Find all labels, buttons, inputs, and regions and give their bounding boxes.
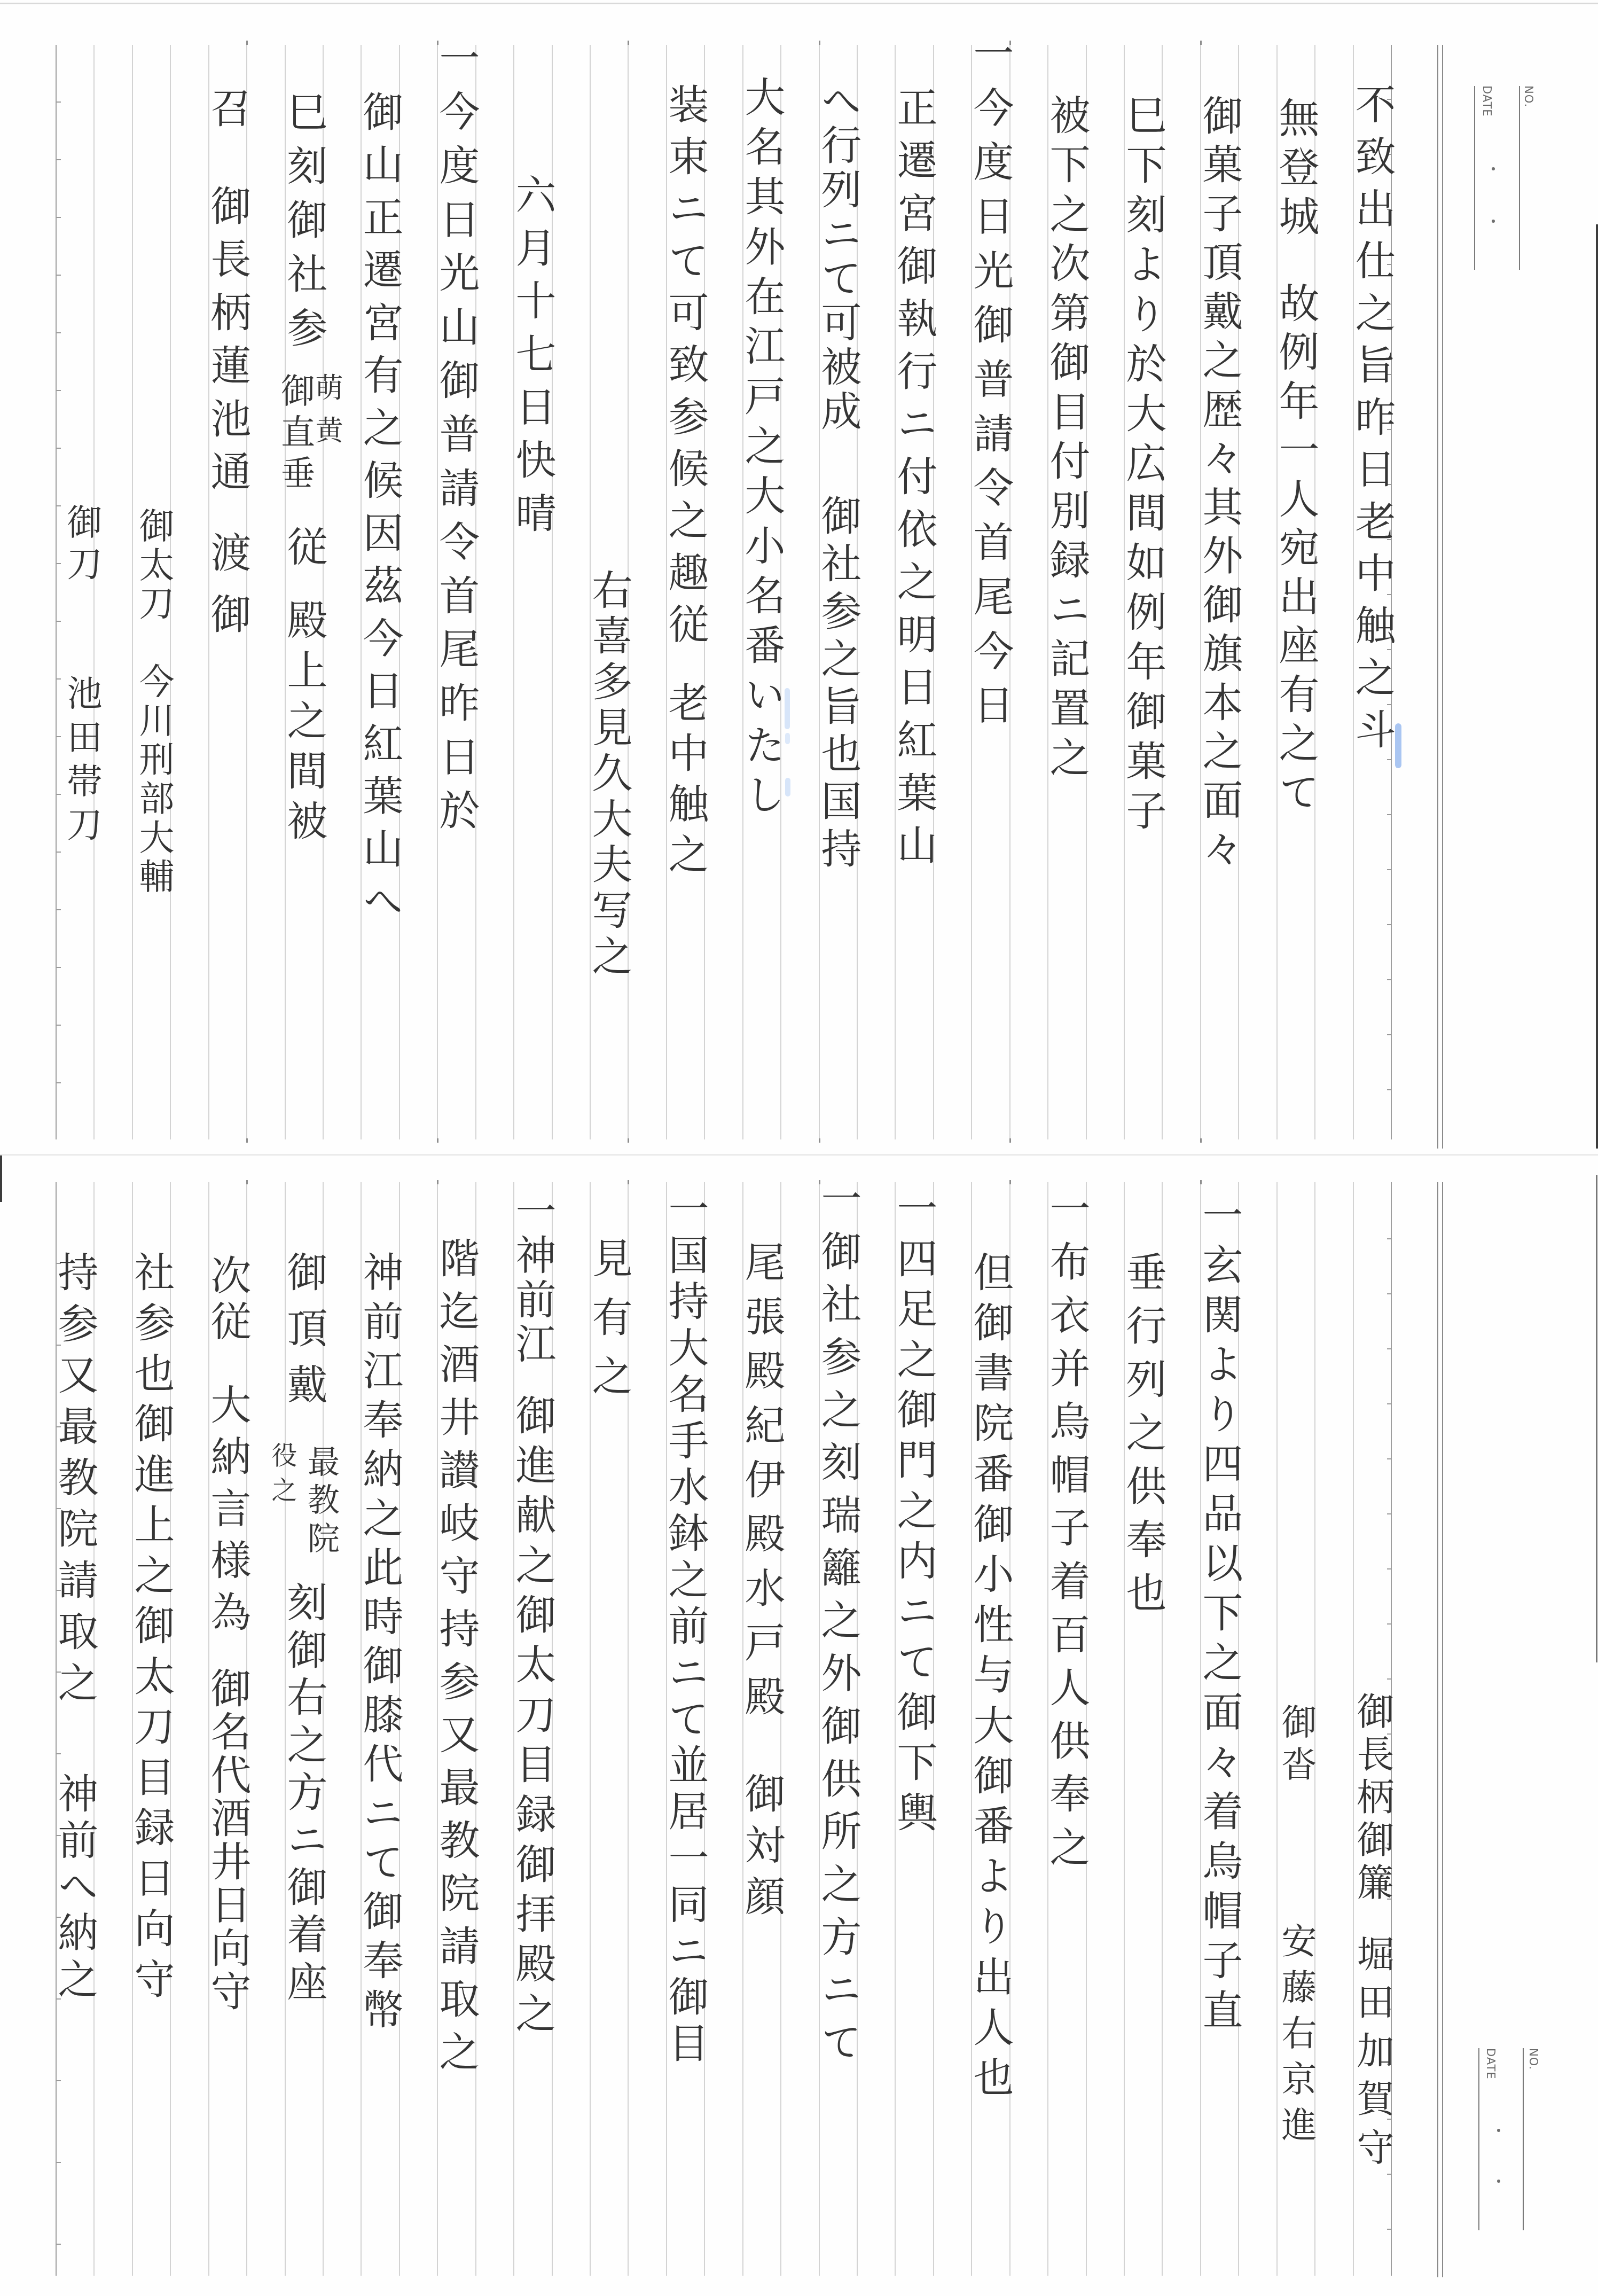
text-column: 御菓子頂戴之歴々其外御旗本之面々 bbox=[1201, 0, 1239, 1151]
date-field-line bbox=[1474, 86, 1475, 270]
text-segment: 池田帯刀 bbox=[62, 675, 100, 850]
text-segment: 一今度日光山御普請令首尾昨日於 bbox=[437, 37, 475, 843]
date-separator-dot bbox=[1497, 2180, 1500, 2183]
text-column: 御太刀 今川刑部大輔 bbox=[135, 0, 173, 1151]
text-segment: 御太刀 bbox=[135, 507, 173, 624]
text-column: 社参也御進上之御太刀目録日向守 bbox=[132, 1157, 170, 2296]
text-column: 階迄酒井讃岐守持参又最教院請取之 bbox=[437, 1157, 475, 2296]
text-column: 次従 大納言様為 御名代酒井日向守 bbox=[209, 1157, 247, 2296]
ruled-lines bbox=[56, 1182, 1392, 2276]
interlinear-annotation: 萌黄 bbox=[312, 373, 340, 458]
date-field-line bbox=[1478, 2048, 1479, 2230]
text-segment: 大納言様為 bbox=[209, 1384, 247, 1643]
text-segment: 御菓子頂戴之歴々其外御旗本之面々 bbox=[1201, 95, 1239, 877]
split-note-right: 最教院 bbox=[302, 1445, 340, 1560]
scan-shadow-right bbox=[1596, 1175, 1597, 1662]
text-segment: へ行列ニて可被成 bbox=[819, 80, 857, 434]
text-segment: 安藤右京進 bbox=[1277, 1923, 1315, 2152]
rule-end-mark bbox=[1009, 1138, 1011, 1143]
text-segment: 一国持大名手水鉢之前ニて並居一同ニ御目 bbox=[667, 1188, 704, 2068]
split-note-left: 役之 bbox=[269, 1442, 295, 1511]
date-separator-dot bbox=[1492, 220, 1495, 223]
text-segment: 神前へ納之 bbox=[56, 1772, 94, 2004]
text-segment: 装束ニて可致参候之趣従 bbox=[667, 83, 704, 655]
text-column: 六月十七日快晴 bbox=[514, 0, 552, 1151]
text-column: 一今度日光御普請令首尾今日 bbox=[972, 0, 1009, 1151]
text-segment: 御長柄御簾 bbox=[1353, 1692, 1391, 1905]
text-segment: 一神前江 bbox=[514, 1190, 552, 1367]
text-segment: 正遷宮御執行ニ付依之明日紅葉山 bbox=[895, 87, 933, 877]
text-column: 右喜多見久大夫写之 bbox=[590, 0, 628, 1151]
rule-end-mark bbox=[1009, 1180, 1011, 1184]
text-column: 巳刻御社参 御直垂 萌黄 従 殿上之間被 bbox=[285, 0, 323, 1151]
text-column: 一布衣并烏帽子着百人供奉之 bbox=[1048, 1157, 1086, 2296]
text-segment: 御山正遷宮有之候因茲今日紅葉山へ bbox=[361, 91, 399, 933]
text-segment: 御進献之御太刀目録御拝殿之 bbox=[514, 1394, 552, 2042]
text-column: 一四足之御門之内ニて御下輿 bbox=[895, 1157, 933, 2296]
text-column: 神前江奉納之此時御膝代ニて御奉幣 bbox=[361, 1157, 399, 2296]
notebook-page-top: NO. DATE 不致出仕之旨昨日老中触之斗 無登城 故例年一人宛出座有之て 御… bbox=[0, 0, 1598, 1151]
double-rule-inner bbox=[1437, 1182, 1438, 2277]
text-segment: 一今度日光御普請令首尾今日 bbox=[972, 32, 1009, 738]
text-segment: 今川刑部大輔 bbox=[135, 663, 173, 897]
date-heading: 六月十七日快晴 bbox=[514, 174, 552, 545]
text-column: 装束ニて可致参候之趣従 老中触之 bbox=[667, 0, 704, 1151]
text-segment: 垂行列之供奉也 bbox=[1124, 1251, 1162, 1625]
text-column: 無登城 故例年一人宛出座有之て bbox=[1277, 0, 1315, 1151]
page-separator bbox=[0, 1154, 1598, 1155]
text-segment: 社参也御進上之御太刀目録日向守 bbox=[132, 1251, 170, 2009]
text-segment: 一御社参之刻瑞籬之外御供所之方ニて bbox=[819, 1177, 857, 2074]
double-rule-outer bbox=[1442, 45, 1443, 1149]
text-segment: 次従 bbox=[209, 1254, 247, 1346]
text-segment: 故例年一人宛出座有之て bbox=[1277, 282, 1315, 820]
text-column: へ行列ニて可被成 御社参之旨也国持 bbox=[819, 0, 857, 1151]
text-column: 尾張殿紀伊殿水戸殿 御対顔 bbox=[743, 1157, 781, 2296]
text-segment: 渡御 bbox=[209, 532, 247, 654]
double-rule-inner bbox=[1437, 45, 1438, 1149]
text-column: 一玄関より四品以下之面々着烏帽子直 bbox=[1201, 1157, 1239, 2296]
text-column: 一神前江 御進献之御太刀目録御拝殿之 bbox=[514, 1157, 552, 2296]
text-segment: 殿上之間被 bbox=[285, 599, 323, 850]
text-segment: 但御書院番御小性与大御番より出人也 bbox=[972, 1251, 1009, 2106]
text-column: 御沓 安藤右京進 bbox=[1277, 1157, 1315, 2296]
text-column: 御長柄御簾 堀田加賀守 bbox=[1353, 1157, 1391, 2296]
left-margin-ticks bbox=[57, 45, 61, 1139]
text-segment: 無登城 bbox=[1277, 97, 1315, 244]
no-label: NO. bbox=[1523, 85, 1534, 107]
text-column: 召 御長柄蓮池通 渡御 bbox=[209, 0, 247, 1151]
text-segment: 御沓 bbox=[1277, 1704, 1315, 1788]
ruled-lines bbox=[56, 45, 1392, 1139]
text-segment: 御刀 bbox=[62, 504, 100, 587]
text-segment: 巳下刻より於大広間如例年御菓子 bbox=[1124, 94, 1162, 839]
text-column: 但御書院番御小性与大御番より出人也 bbox=[972, 1157, 1009, 2296]
text-segment: 御社参之旨也国持 bbox=[819, 495, 857, 875]
blue-ink-mark bbox=[785, 733, 790, 744]
text-column: 御刀 池田帯刀 bbox=[62, 0, 100, 1151]
text-segment: 被下之次第御目付別録ニ記置之 bbox=[1048, 94, 1086, 786]
text-column: 持参又最教院請取之 神前へ納之 bbox=[56, 1157, 94, 2296]
text-segment: 尾張殿紀伊殿水戸殿 bbox=[743, 1241, 781, 1730]
date-label: DATE bbox=[1485, 2048, 1497, 2080]
text-segment: 階迄酒井讃岐守持参又最教院請取之 bbox=[437, 1237, 475, 2083]
text-column: 垂行列之供奉也 bbox=[1124, 1157, 1162, 2296]
scan-shadow-right bbox=[1596, 224, 1598, 1149]
text-column: 御頂戴 最教院 役之 刻御右之方ニ御着座 bbox=[285, 1157, 323, 2296]
no-field-line bbox=[1519, 86, 1520, 270]
text-segment: 御対顔 bbox=[743, 1772, 781, 1926]
text-segment: 御直垂 bbox=[278, 373, 312, 496]
no-field-line bbox=[1523, 2048, 1524, 2230]
text-column: 一御社参之刻瑞籬之外御供所之方ニて bbox=[819, 1157, 857, 2296]
text-segment: 刻御右之方ニ御着座 bbox=[285, 1581, 323, 2008]
date-separator-dot bbox=[1492, 167, 1495, 170]
double-rule-outer bbox=[1442, 1182, 1443, 2277]
text-segment: 不致出仕之旨昨日老中触之斗 bbox=[1353, 83, 1391, 761]
text-segment: 一布衣并烏帽子着百人供奉之 bbox=[1048, 1188, 1086, 1879]
text-segment: 御頂戴 bbox=[285, 1251, 323, 1419]
text-segment: 従 bbox=[285, 526, 323, 566]
text-column: 巳下刻より於大広間如例年御菓子 bbox=[1124, 0, 1162, 1151]
text-segment: 大名其外在江戸之大小名番いたし bbox=[743, 76, 781, 824]
text-segment: 御名代酒井日向守 bbox=[209, 1667, 247, 2013]
date-separator-dot bbox=[1497, 2129, 1500, 2132]
text-column: 正遷宮御執行ニ付依之明日紅葉山 bbox=[895, 0, 933, 1151]
text-segment: 一玄関より四品以下之面々着烏帽子直 bbox=[1201, 1194, 1239, 2039]
text-segment: 御長柄蓮池通 bbox=[209, 185, 247, 504]
text-column: 一今度日光山御普請令首尾昨日於 bbox=[437, 0, 475, 1151]
notebook-page-bottom: NO. DATE 御長柄御簾 堀田加賀守 御沓 安藤右京進 一玄関より四品以下之… bbox=[0, 1157, 1598, 2296]
text-segment: 神前江奉納之此時御膝代ニて御奉幣 bbox=[361, 1251, 399, 2037]
text-segment: 堀田加賀守 bbox=[1353, 1934, 1391, 2176]
text-segment: 召 bbox=[209, 87, 247, 128]
text-column: 見有之 bbox=[590, 1157, 628, 2296]
no-label: NO. bbox=[1527, 2048, 1539, 2070]
text-segment: 老中触之 bbox=[667, 682, 704, 884]
text-segment: 一四足之御門之内ニて御下輿 bbox=[895, 1187, 933, 1842]
text-segment: 持参又最教院請取之 bbox=[56, 1251, 94, 1713]
text-column: 一国持大名手水鉢之前ニて並居一同ニ御目 bbox=[667, 1157, 704, 2296]
blue-ink-mark bbox=[785, 778, 790, 796]
text-column: 御山正遷宮有之候因茲今日紅葉山へ bbox=[361, 0, 399, 1151]
text-segment: 巳刻御社参 bbox=[285, 91, 323, 361]
text-column: 被下之次第御目付別録ニ記置之 bbox=[1048, 0, 1086, 1151]
text-segment: 見有之 bbox=[590, 1237, 628, 1413]
copyist-note: 右喜多見久大夫写之 bbox=[590, 569, 628, 980]
text-column: 不致出仕之旨昨日老中触之斗 bbox=[1353, 0, 1391, 1151]
text-column: 大名其外在江戸之大小名番いたし bbox=[743, 0, 781, 1151]
date-label: DATE bbox=[1481, 85, 1493, 117]
